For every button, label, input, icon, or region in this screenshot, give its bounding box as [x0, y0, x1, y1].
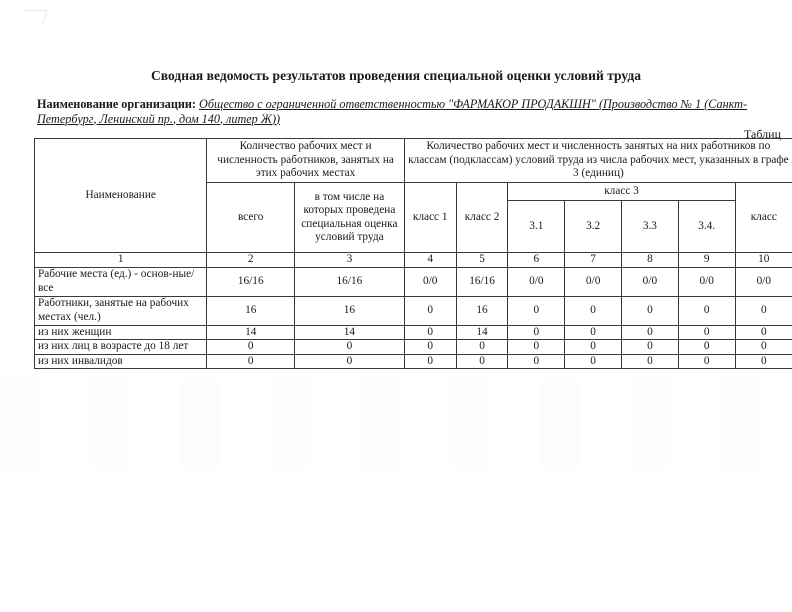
column-numbers-row: 1 2 3 4 5 6 7 8 9 10: [35, 253, 792, 268]
cell: 0: [735, 296, 792, 325]
column-number: 1: [35, 253, 207, 268]
cell: 0: [565, 340, 622, 355]
column-number: 8: [622, 253, 679, 268]
cell: 0: [404, 340, 456, 355]
header-class-4: класс: [735, 183, 792, 253]
cell: 0/0: [735, 267, 792, 296]
organization-label: Наименование организации:: [37, 97, 196, 111]
cell: 0: [735, 354, 792, 369]
cell: 0: [404, 325, 456, 340]
header-class-3-3: 3.3: [622, 201, 679, 253]
header-class-3-1: 3.1: [508, 201, 565, 253]
cell: 0: [678, 325, 735, 340]
header-classes-group: Количество рабочих мест и численность за…: [404, 139, 792, 183]
cell: 0: [622, 325, 679, 340]
scan-background: [0, 378, 792, 468]
cell: 0: [678, 340, 735, 355]
row-label: Рабочие места (ед.) - основ-ные/все: [35, 267, 207, 296]
summary-table: Наименование Количество рабочих мест и ч…: [34, 138, 792, 369]
table-row: Рабочие места (ед.) - основ-ные/все 16/1…: [35, 267, 792, 296]
cell: 0: [565, 325, 622, 340]
header-class-3: класс 3: [508, 183, 735, 201]
cell: 0: [508, 340, 565, 355]
column-number: 9: [678, 253, 735, 268]
cell: 0: [456, 340, 508, 355]
cell: 0: [622, 296, 679, 325]
cell: 0: [735, 340, 792, 355]
cell: 0: [207, 340, 295, 355]
cell: 0: [622, 340, 679, 355]
column-number: 4: [404, 253, 456, 268]
column-number: 10: [735, 253, 792, 268]
header-workplaces-group: Количество рабочих мест и численность ра…: [207, 139, 404, 183]
header-class-3-2: 3.2: [565, 201, 622, 253]
column-number: 3: [295, 253, 405, 268]
cell: 16/16: [456, 267, 508, 296]
cell: 0: [565, 354, 622, 369]
row-label: из них лиц в возрасте до 18 лет: [35, 340, 207, 355]
cell: 0: [404, 354, 456, 369]
organization-line: Наименование организации: Общество с огр…: [37, 97, 792, 126]
column-number: 7: [565, 253, 622, 268]
cell: 16/16: [295, 267, 405, 296]
cell: 0: [508, 325, 565, 340]
header-class-3-4: 3.4.: [678, 201, 735, 253]
cell: 0: [508, 296, 565, 325]
cell: 0: [735, 325, 792, 340]
cell: 14: [456, 325, 508, 340]
cell: 16: [456, 296, 508, 325]
column-number: 2: [207, 253, 295, 268]
document-title: Сводная ведомость результатов проведения…: [0, 68, 792, 84]
table-row: из них женщин 14 14 0 14 0 0 0 0 0: [35, 325, 792, 340]
cell: 0: [207, 354, 295, 369]
table-row: из них лиц в возрасте до 18 лет 0 0 0 0 …: [35, 340, 792, 355]
cell: 0/0: [508, 267, 565, 296]
cell: 0: [456, 354, 508, 369]
header-name: Наименование: [35, 139, 207, 253]
row-label: Работники, занятые на рабочих местах (че…: [35, 296, 207, 325]
cell: 0: [622, 354, 679, 369]
column-number: 5: [456, 253, 508, 268]
cell: 0: [565, 296, 622, 325]
cell: 0: [295, 340, 405, 355]
cell: 14: [207, 325, 295, 340]
row-label: из них женщин: [35, 325, 207, 340]
column-number: 6: [508, 253, 565, 268]
cell: 16: [207, 296, 295, 325]
cell: 0/0: [622, 267, 679, 296]
cell: 0: [678, 296, 735, 325]
table-row: Работники, занятые на рабочих местах (че…: [35, 296, 792, 325]
table-row: из них инвалидов 0 0 0 0 0 0 0 0 0: [35, 354, 792, 369]
cell: 0: [508, 354, 565, 369]
header-total: всего: [207, 183, 295, 253]
header-assessed: в том числе на которых проведена специал…: [295, 183, 405, 253]
cell: 16/16: [207, 267, 295, 296]
header-class-2: класс 2: [456, 183, 508, 253]
row-label: из них инвалидов: [35, 354, 207, 369]
cell: 0/0: [404, 267, 456, 296]
cell: 0: [295, 354, 405, 369]
cell: 0/0: [565, 267, 622, 296]
scan-artifact: [19, 10, 47, 25]
cell: 14: [295, 325, 405, 340]
header-class-1: класс 1: [404, 183, 456, 253]
cell: 16: [295, 296, 405, 325]
cell: 0: [404, 296, 456, 325]
cell: 0/0: [678, 267, 735, 296]
cell: 0: [678, 354, 735, 369]
